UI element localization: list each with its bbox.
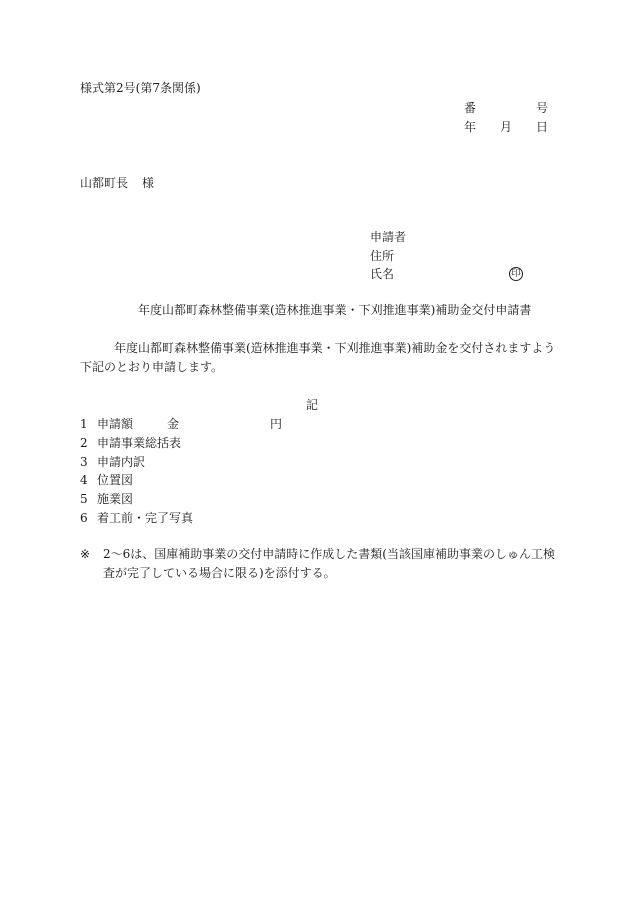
- number-ban: 番: [464, 102, 476, 114]
- amount-kin: 金: [167, 418, 179, 430]
- applicant-label: 申請者: [370, 231, 406, 243]
- date-year: 年: [464, 121, 476, 133]
- list-item-label: 申請事業総括表: [97, 436, 181, 450]
- date-day: 日: [536, 121, 548, 133]
- note-line-1: 2〜6は、国庫補助事業の交付申請時に作成した書類(当該国庫補助事業のしゅん工検: [103, 548, 555, 560]
- list-item-label: 施業図: [97, 492, 133, 506]
- addressee: 山都町長様: [80, 177, 154, 189]
- list-item-label: 申請内訳: [97, 455, 145, 469]
- body-line-2: 下記のとおり申請します。: [80, 361, 223, 373]
- body-line-1: 年度山都町森林整備事業(造林推進事業・下刈推進事業)補助金を交付されますよう: [114, 342, 555, 354]
- form-number: 様式第2号(第7条関係): [80, 82, 201, 94]
- list-item: 2申請事業総括表: [80, 437, 181, 449]
- list-item: 3申請内訳: [80, 456, 145, 468]
- date-month: 月: [500, 121, 512, 133]
- number-go: 号: [536, 102, 548, 114]
- addressee-honorific: 様: [142, 176, 154, 190]
- list-item: 4位置図: [80, 474, 133, 486]
- addressee-name: 山都町長: [80, 176, 128, 190]
- list-item: 6着工前・完了写真: [80, 512, 193, 524]
- list-item-label: 着工前・完了写真: [97, 511, 193, 525]
- list-item: 5施業図: [80, 493, 133, 505]
- applicant-name-label: 氏名: [370, 268, 394, 280]
- list-item-number: 5: [80, 493, 97, 505]
- amount-yen: 円: [270, 418, 282, 430]
- list-item-number: 1: [80, 418, 97, 430]
- list-item-number: 3: [80, 456, 97, 468]
- list-item-number: 4: [80, 474, 97, 486]
- applicant-address-label: 住所: [370, 250, 394, 262]
- note-mark: ※: [80, 548, 90, 560]
- document-title: 年度山都町森林整備事業(造林推進事業・下刈推進事業)補助金交付申請書: [138, 304, 531, 316]
- seal-mark: 印: [509, 267, 523, 281]
- list-item-label: 位置図: [97, 473, 133, 487]
- list-item: 1申請額: [80, 418, 133, 430]
- list-item-number: 2: [80, 437, 97, 449]
- list-item-number: 6: [80, 512, 97, 524]
- note-line-2: 査が完了している場合に限る)を添付する。: [103, 567, 336, 579]
- list-item-label: 申請額: [97, 417, 133, 431]
- ki-heading: 記: [306, 399, 318, 411]
- seal-icon: 印: [509, 266, 523, 281]
